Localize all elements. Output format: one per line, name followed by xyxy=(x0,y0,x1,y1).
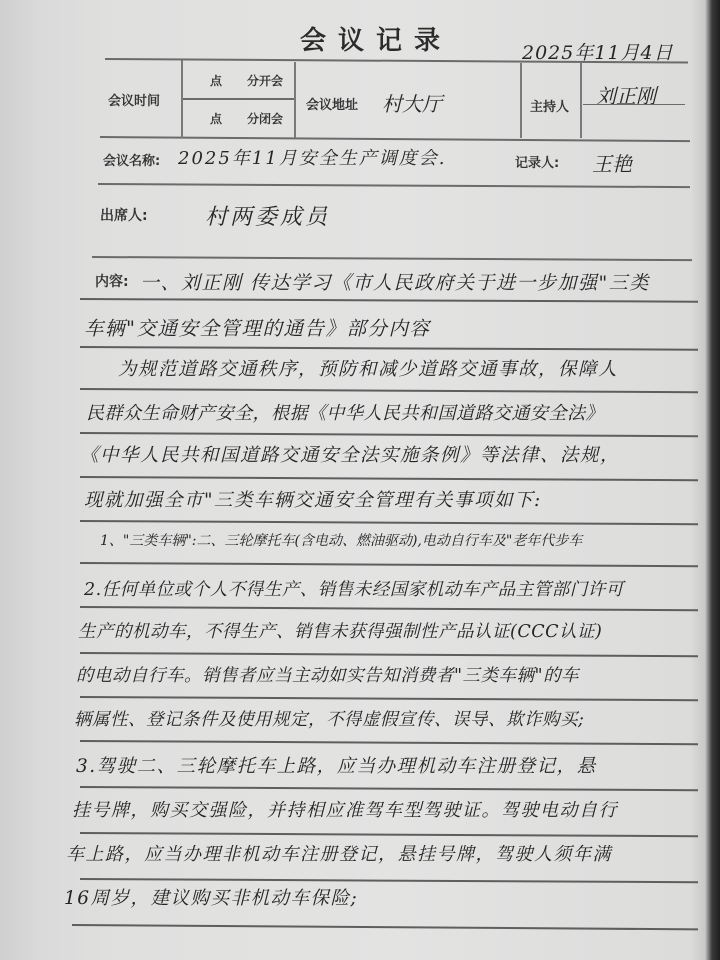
table-mid-border xyxy=(182,98,295,100)
recorder-value: 王艳 xyxy=(592,148,632,177)
ruled-line xyxy=(80,432,698,437)
ruled-line xyxy=(80,740,698,745)
ruled-line xyxy=(80,786,698,791)
ruled-line xyxy=(72,924,698,930)
start-hour-label: 点 xyxy=(210,72,222,89)
attendees-value: 村两委成员 xyxy=(205,200,330,231)
content-line: 辆属性、登记条件及使用规定，不得虚假宣传、误导、欺诈购买; xyxy=(74,706,584,731)
content-line: 《中华人民共和国道路交通安全法实施条例》等法律、法规， xyxy=(80,441,620,467)
content-line: 现就加强全市"三类车辆交通安全管理有关事项如下: xyxy=(84,486,542,512)
content-line: 为规范道路交通秩序，预防和减少道路交通事故，保障人 xyxy=(118,355,618,381)
meeting-time-label: 会议时间 xyxy=(108,90,160,109)
content-line: 的电动自行车。销售者应当主动如实告知消费者"三类车辆"的车 xyxy=(76,662,579,687)
end-hour-label: 点 xyxy=(210,110,222,127)
attendees-label: 出席人: xyxy=(100,205,148,225)
ruled-line xyxy=(80,878,698,883)
ruled-line xyxy=(80,832,698,837)
table-divider-1 xyxy=(181,60,183,138)
recorder-label: 记录人: xyxy=(515,152,559,171)
ruled-line xyxy=(80,652,698,657)
end-minute-label: 分闭会 xyxy=(247,110,283,127)
location-value: 村大厅 xyxy=(382,88,442,117)
ruled-line xyxy=(80,696,698,701)
table-divider-2 xyxy=(294,62,296,138)
content-line: 3.驾驶二、三轮摩托车上路，应当办理机动车注册登记，悬 xyxy=(76,752,597,778)
table-bottom-border xyxy=(100,136,690,142)
content-line: 挂号牌，购买交强险，并持相应准驾车型驾驶证。驾驶电动自行 xyxy=(72,796,618,822)
content-line: 一、刘正刚 传达学习《市人民政府关于进一步加强"三类 xyxy=(140,268,650,295)
meeting-name-value: 2025年11月安全生产调度会. xyxy=(178,144,446,170)
ruled-line xyxy=(80,388,698,393)
name-row-border xyxy=(98,183,690,188)
content-line: 民群众生命财产安全，根据《中华人民共和国道路交通安全法》 xyxy=(86,399,604,425)
host-underline xyxy=(583,104,685,105)
content-label: 内容: xyxy=(95,271,129,291)
attendees-row-border xyxy=(92,256,692,261)
content-line: 16周岁，建议购买非机动车保险; xyxy=(64,884,358,910)
ruled-line xyxy=(80,476,698,481)
content-line: 2.任何单位或个人不得生产、销售未经国家机动车产品主管部门许可 xyxy=(84,576,624,601)
meeting-name-label: 会议名称: xyxy=(103,150,160,169)
content-line: 生产的机动车，不得生产、销售未获得强制性产品认证(CCC认证) xyxy=(78,618,602,643)
ruled-line xyxy=(80,562,698,567)
content-line: 车辆"交通安全管理的通告》部分内容 xyxy=(84,313,430,341)
location-label: 会议地址 xyxy=(306,94,358,113)
ruled-line xyxy=(80,298,698,302)
ruled-line xyxy=(80,520,698,525)
start-minute-label: 分开会 xyxy=(247,72,283,89)
ruled-line xyxy=(80,606,698,611)
table-divider-4 xyxy=(580,63,582,138)
document-title: 会议记录 xyxy=(300,20,452,57)
ruled-line xyxy=(80,346,698,350)
content-line: 车上路，应当办理非机动车注册登记，悬挂号牌，驾驶人须年满 xyxy=(66,840,612,866)
meeting-record-page: 会议记录 2025年11月4日 会议时间 点 分开会 点 分闭会 会议地址 村大… xyxy=(0,0,708,960)
table-divider-3 xyxy=(520,63,522,138)
content-line: 1、"三类车辆":二、三轮摩托车(含电动、燃油驱动),电动自行车及"老年代步车 xyxy=(100,530,582,550)
host-label: 主持人 xyxy=(530,96,569,115)
